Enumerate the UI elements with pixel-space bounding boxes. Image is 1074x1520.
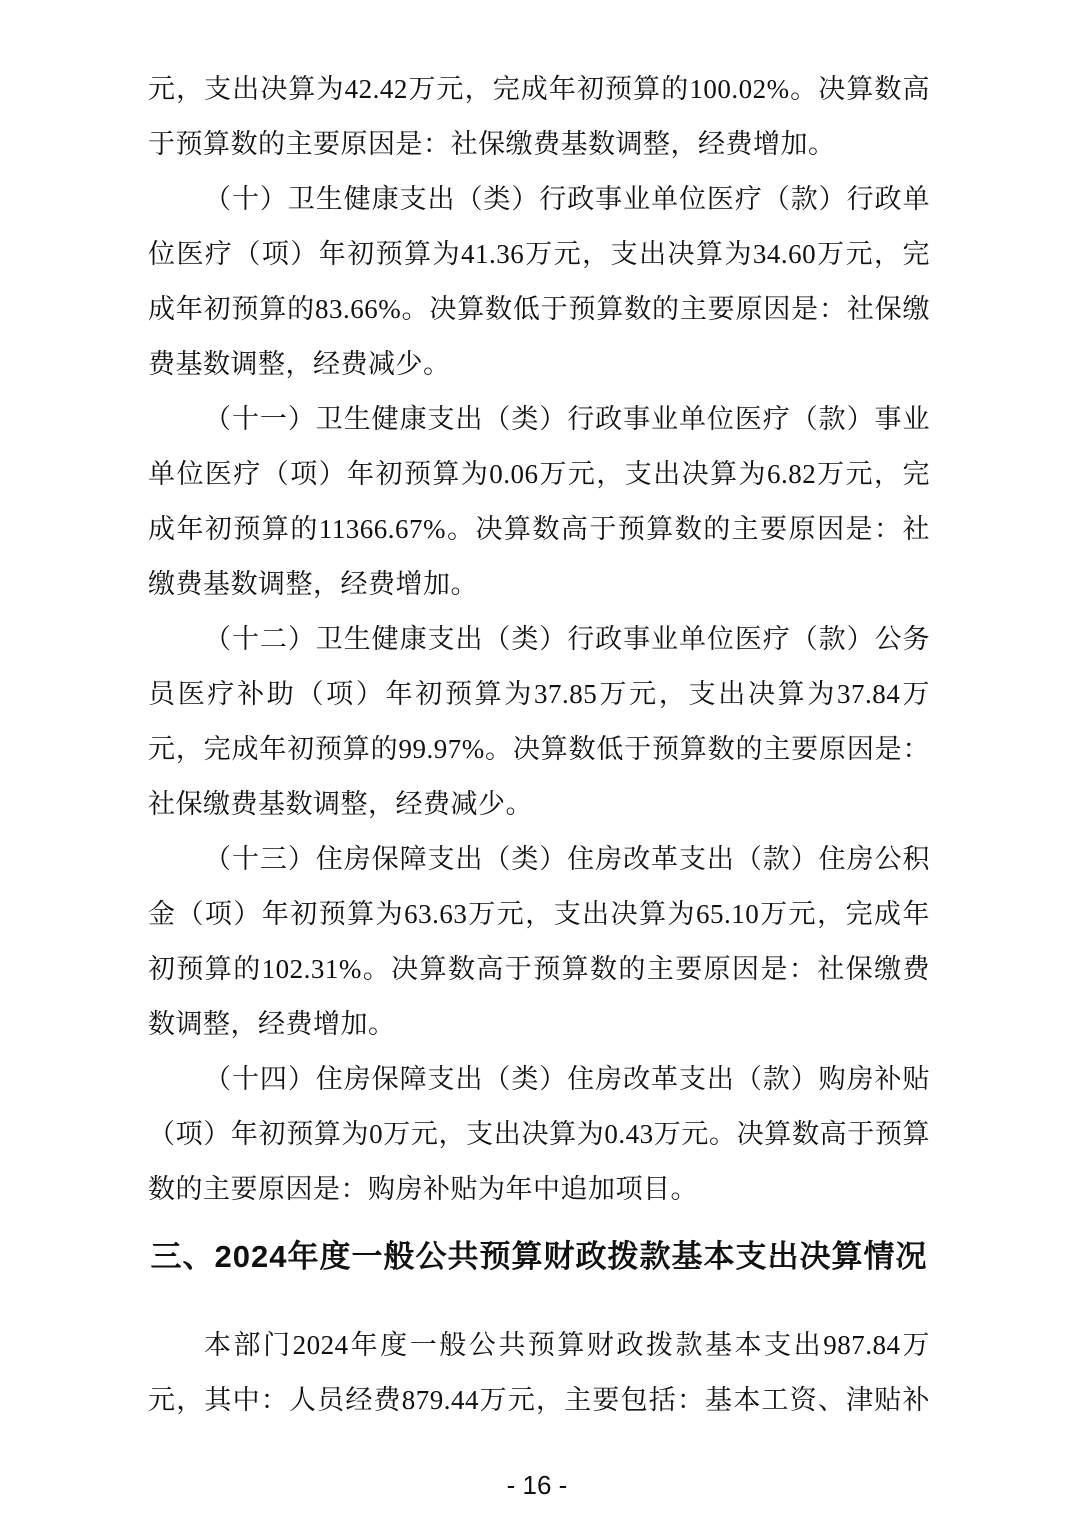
text-line: 社保缴费基数调整，经费减少。 (148, 777, 930, 832)
text-line: 位医疗（项）年初预算为41.36万元，支出决算为34.60万元，完 (148, 227, 930, 282)
section-heading: 三、2024年度一般公共预算财政拨款基本支出决算情况 (148, 1229, 930, 1284)
text-line: （十）卫生健康支出（类）行政事业单位医疗（款）行政单 (148, 172, 930, 227)
text-line: 元，完成年初预算的99.97%。决算数低于预算数的主要原因是： (148, 722, 930, 777)
document-page: 元，支出决算为42.42万元，完成年初预算的100.02%。决算数高于预算数的主… (0, 0, 1074, 1520)
page-number: - 16 - (0, 1470, 1074, 1501)
text-line: 单位医疗（项）年初预算为0.06万元，支出决算为6.82万元，完 (148, 447, 930, 502)
document-body: 元，支出决算为42.42万元，完成年初预算的100.02%。决算数高于预算数的主… (148, 62, 930, 1428)
text-line: 元，支出决算为42.42万元，完成年初预算的100.02%。决算数高 (148, 62, 930, 117)
text-line: 本部门2024年度一般公共预算财政拨款基本支出987.84万 (148, 1318, 930, 1373)
paragraphs-after-heading: 本部门2024年度一般公共预算财政拨款基本支出987.84万元，其中：人员经费8… (148, 1318, 930, 1428)
text-line: （十四）住房保障支出（类）住房改革支出（款）购房补贴 (148, 1052, 930, 1107)
text-line: 成年初预算的11366.67%。决算数高于预算数的主要原因是：社保 (148, 502, 930, 557)
text-line: （项）年初预算为0万元，支出决算为0.43万元。决算数高于预算 (148, 1107, 930, 1162)
paragraphs-before-heading: 元，支出决算为42.42万元，完成年初预算的100.02%。决算数高于预算数的主… (148, 62, 930, 1217)
text-line: 初预算的102.31%。决算数高于预算数的主要原因是：社保缴费基 (148, 942, 930, 997)
text-line: 成年初预算的83.66%。决算数低于预算数的主要原因是：社保缴 (148, 282, 930, 337)
text-line: （十一）卫生健康支出（类）行政事业单位医疗（款）事业 (148, 392, 930, 447)
text-line: 数调整，经费增加。 (148, 997, 930, 1052)
text-line: 员医疗补助（项）年初预算为37.85万元，支出决算为37.84万 (148, 667, 930, 722)
text-line: （十三）住房保障支出（类）住房改革支出（款）住房公积 (148, 832, 930, 887)
text-line: 缴费基数调整，经费增加。 (148, 557, 930, 612)
text-line: 于预算数的主要原因是：社保缴费基数调整，经费增加。 (148, 117, 930, 172)
text-line: （十二）卫生健康支出（类）行政事业单位医疗（款）公务 (148, 612, 930, 667)
text-line: 元，其中：人员经费879.44万元，主要包括：基本工资、津贴补 (148, 1373, 930, 1428)
text-line: 费基数调整，经费减少。 (148, 337, 930, 392)
text-line: 金（项）年初预算为63.63万元，支出决算为65.10万元，完成年 (148, 887, 930, 942)
text-line: 数的主要原因是：购房补贴为年中追加项目。 (148, 1162, 930, 1217)
